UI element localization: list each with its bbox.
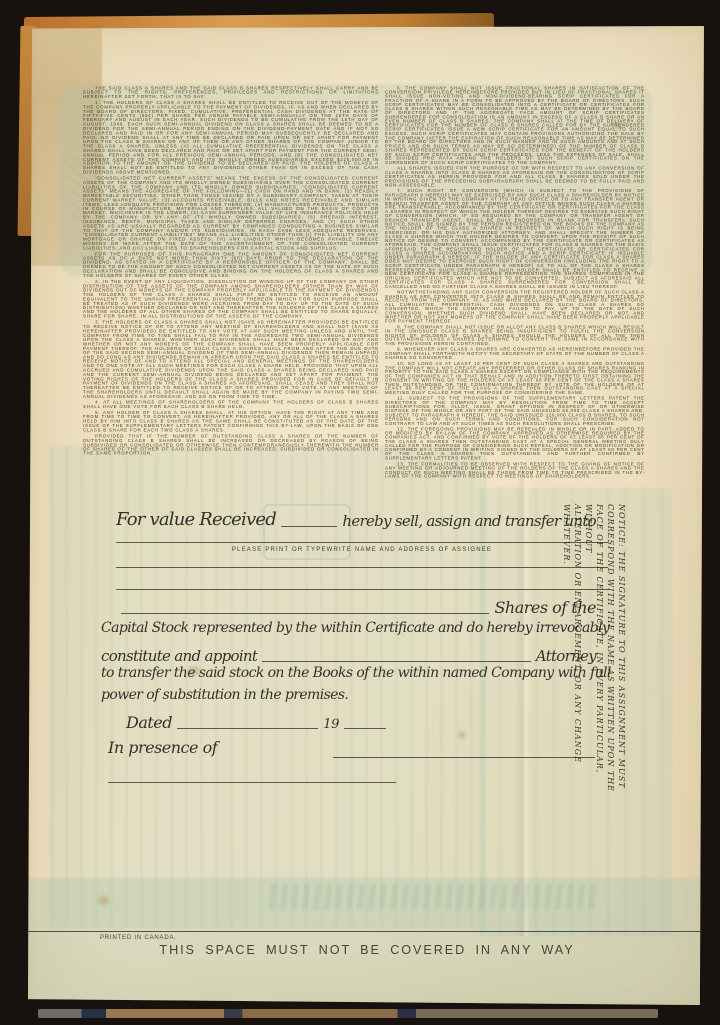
for-value-row: For value Received hereby sell, assign a…: [116, 500, 596, 530]
legal-paragraph-6: 6. THE COMPANY SHALL NOT ISSUE FRACTIONA…: [385, 86, 645, 165]
constitute-label: constitute and appoint: [101, 647, 257, 665]
legal-paragraph-5: 5. ANY HOLDER OF CLASS A SHARES SHALL, A…: [83, 411, 379, 433]
legal-column-left: THE SAID CLASS A SHARES AND THE SAID CLA…: [83, 86, 379, 504]
signature-blank[interactable]: [333, 757, 595, 758]
legal-paragraph-8: 8. THE COMPANY SHALL NOT ISSUE OR ALLOT …: [385, 325, 645, 346]
legal-paragraph-all-shares: ALL SHARES ISSUED FOR THE PURPOSE OF OR …: [385, 167, 645, 188]
transfer-phrase: hereby sell, assign and transfer unto: [342, 512, 596, 530]
legal-paragraph-3: 3. THE HOLDERS OF CLASS A SHARES SHALL N…: [83, 320, 379, 398]
year-blank[interactable]: [344, 728, 386, 729]
presence-label: In presence of: [108, 738, 217, 757]
legal-paragraph-intro: THE SAID CLASS A SHARES AND THE SAID CLA…: [83, 86, 379, 99]
legal-paragraph-4: 4. AT ALL MEETINGS OF SHAREHOLDERS OF TH…: [83, 400, 379, 409]
legal-paragraph-10: 10. SO LONG AS AT LEAST 10 PER CENT OF S…: [385, 362, 645, 395]
attorney-name-blank[interactable]: [262, 661, 531, 662]
certificate-back-paper: THE SAID CLASS A SHARES AND THE SAID CLA…: [28, 26, 706, 1008]
signature-notice: NOTICE: THE SIGNATURE TO THIS ASSIGNMENT…: [577, 504, 627, 816]
capital-stock-line: Capital Stock represented by the within …: [101, 620, 609, 636]
assignor-name-blank[interactable]: [281, 526, 337, 527]
legal-paragraph-proviso: PROVIDED THAT IF THE NUMBER OF OUTSTANDI…: [83, 434, 379, 456]
legal-paragraph-13: 13. THE FORMALITIES TO BE OBSERVED WITH …: [385, 462, 645, 479]
appoint-row: constitute and appoint Attorney: [101, 641, 596, 665]
dated-row: Dated 19: [126, 708, 391, 732]
date-blank[interactable]: [177, 728, 318, 729]
legal-column-right: 6. THE COMPANY SHALL NOT ISSUE FRACTIONA…: [385, 86, 645, 504]
assignee-name-blank[interactable]: [116, 542, 608, 543]
notice-line: ALTERATION OR ENLARGEMENT, OR ANY CHANGE…: [561, 504, 583, 816]
share-count-blank[interactable]: [121, 613, 489, 614]
dated-label: Dated: [126, 713, 172, 732]
power-line: power of substitution in the premises.: [101, 687, 348, 703]
do-not-cover-warning: THIS SPACE MUST NOT BE COVERED IN ANY WA…: [38, 942, 696, 957]
shares-row: Shares of the: [116, 593, 596, 617]
assignee-caption: PLEASE PRINT OR TYPEWRITE NAME AND ADDRE…: [116, 547, 608, 553]
legal-paragraph-7: 7. SUCH RIGHT OF CONVERSION (WHICH IS SU…: [385, 189, 645, 289]
notice-line: FACE OF THE CERTIFICATE, IN EVERY PARTIC…: [583, 504, 605, 816]
legal-paragraph-purposes: FOR THE PURPOSES OF THIS PARAGRAPH ONE T…: [83, 252, 379, 278]
under-sheet-edge-bottom: [38, 1009, 658, 1018]
witness-blank[interactable]: [108, 782, 396, 783]
notice-line: CORRESPOND WITH THE NAME AS WRITTEN UPON…: [605, 504, 616, 816]
for-value-label: For value Received: [116, 509, 276, 530]
assignee-address-blank-1[interactable]: [116, 567, 608, 568]
legal-paragraph-12: 12. THE FOREGOING PROVISIONS MAY BE REPE…: [385, 427, 645, 460]
footer-rule: [28, 931, 706, 932]
legal-paragraph-definitions: “CONSOLIDATED NET CURRENT ASSETS” MEANS …: [83, 176, 379, 250]
legal-paragraph-11: 11. SUBJECT TO THE PROVISIONS OF THE SUP…: [385, 396, 645, 425]
foxing-spot: [98, 896, 109, 905]
assignee-address-blank-2[interactable]: [116, 589, 608, 590]
transfer-line: to transfer the said stock on the Books …: [101, 665, 611, 681]
ink-bleed-smudge: [269, 884, 602, 910]
legal-paragraph-notwithstanding: NOTWITHSTANDING ANY SUCH CONVERSION THE …: [385, 290, 645, 323]
legal-paragraph-2: 2. IN THE EVENT OF ANY LIQUIDATION, DISS…: [83, 280, 379, 319]
foxing-spot: [458, 731, 466, 739]
fold-crease: [518, 466, 530, 936]
notice-line: NOTICE: THE SIGNATURE TO THIS ASSIGNMENT…: [616, 504, 627, 816]
legal-paragraph-9: 9. WHENEVER ANY CLASS A SHARES ARE CONVE…: [385, 347, 645, 359]
legal-paragraph-1: 1. THE HOLDERS OF CLASS A SHARES SHALL B…: [83, 101, 379, 175]
printed-in-canada: PRINTED IN CANADA.: [100, 935, 177, 941]
year-prefix: 19: [323, 717, 339, 732]
